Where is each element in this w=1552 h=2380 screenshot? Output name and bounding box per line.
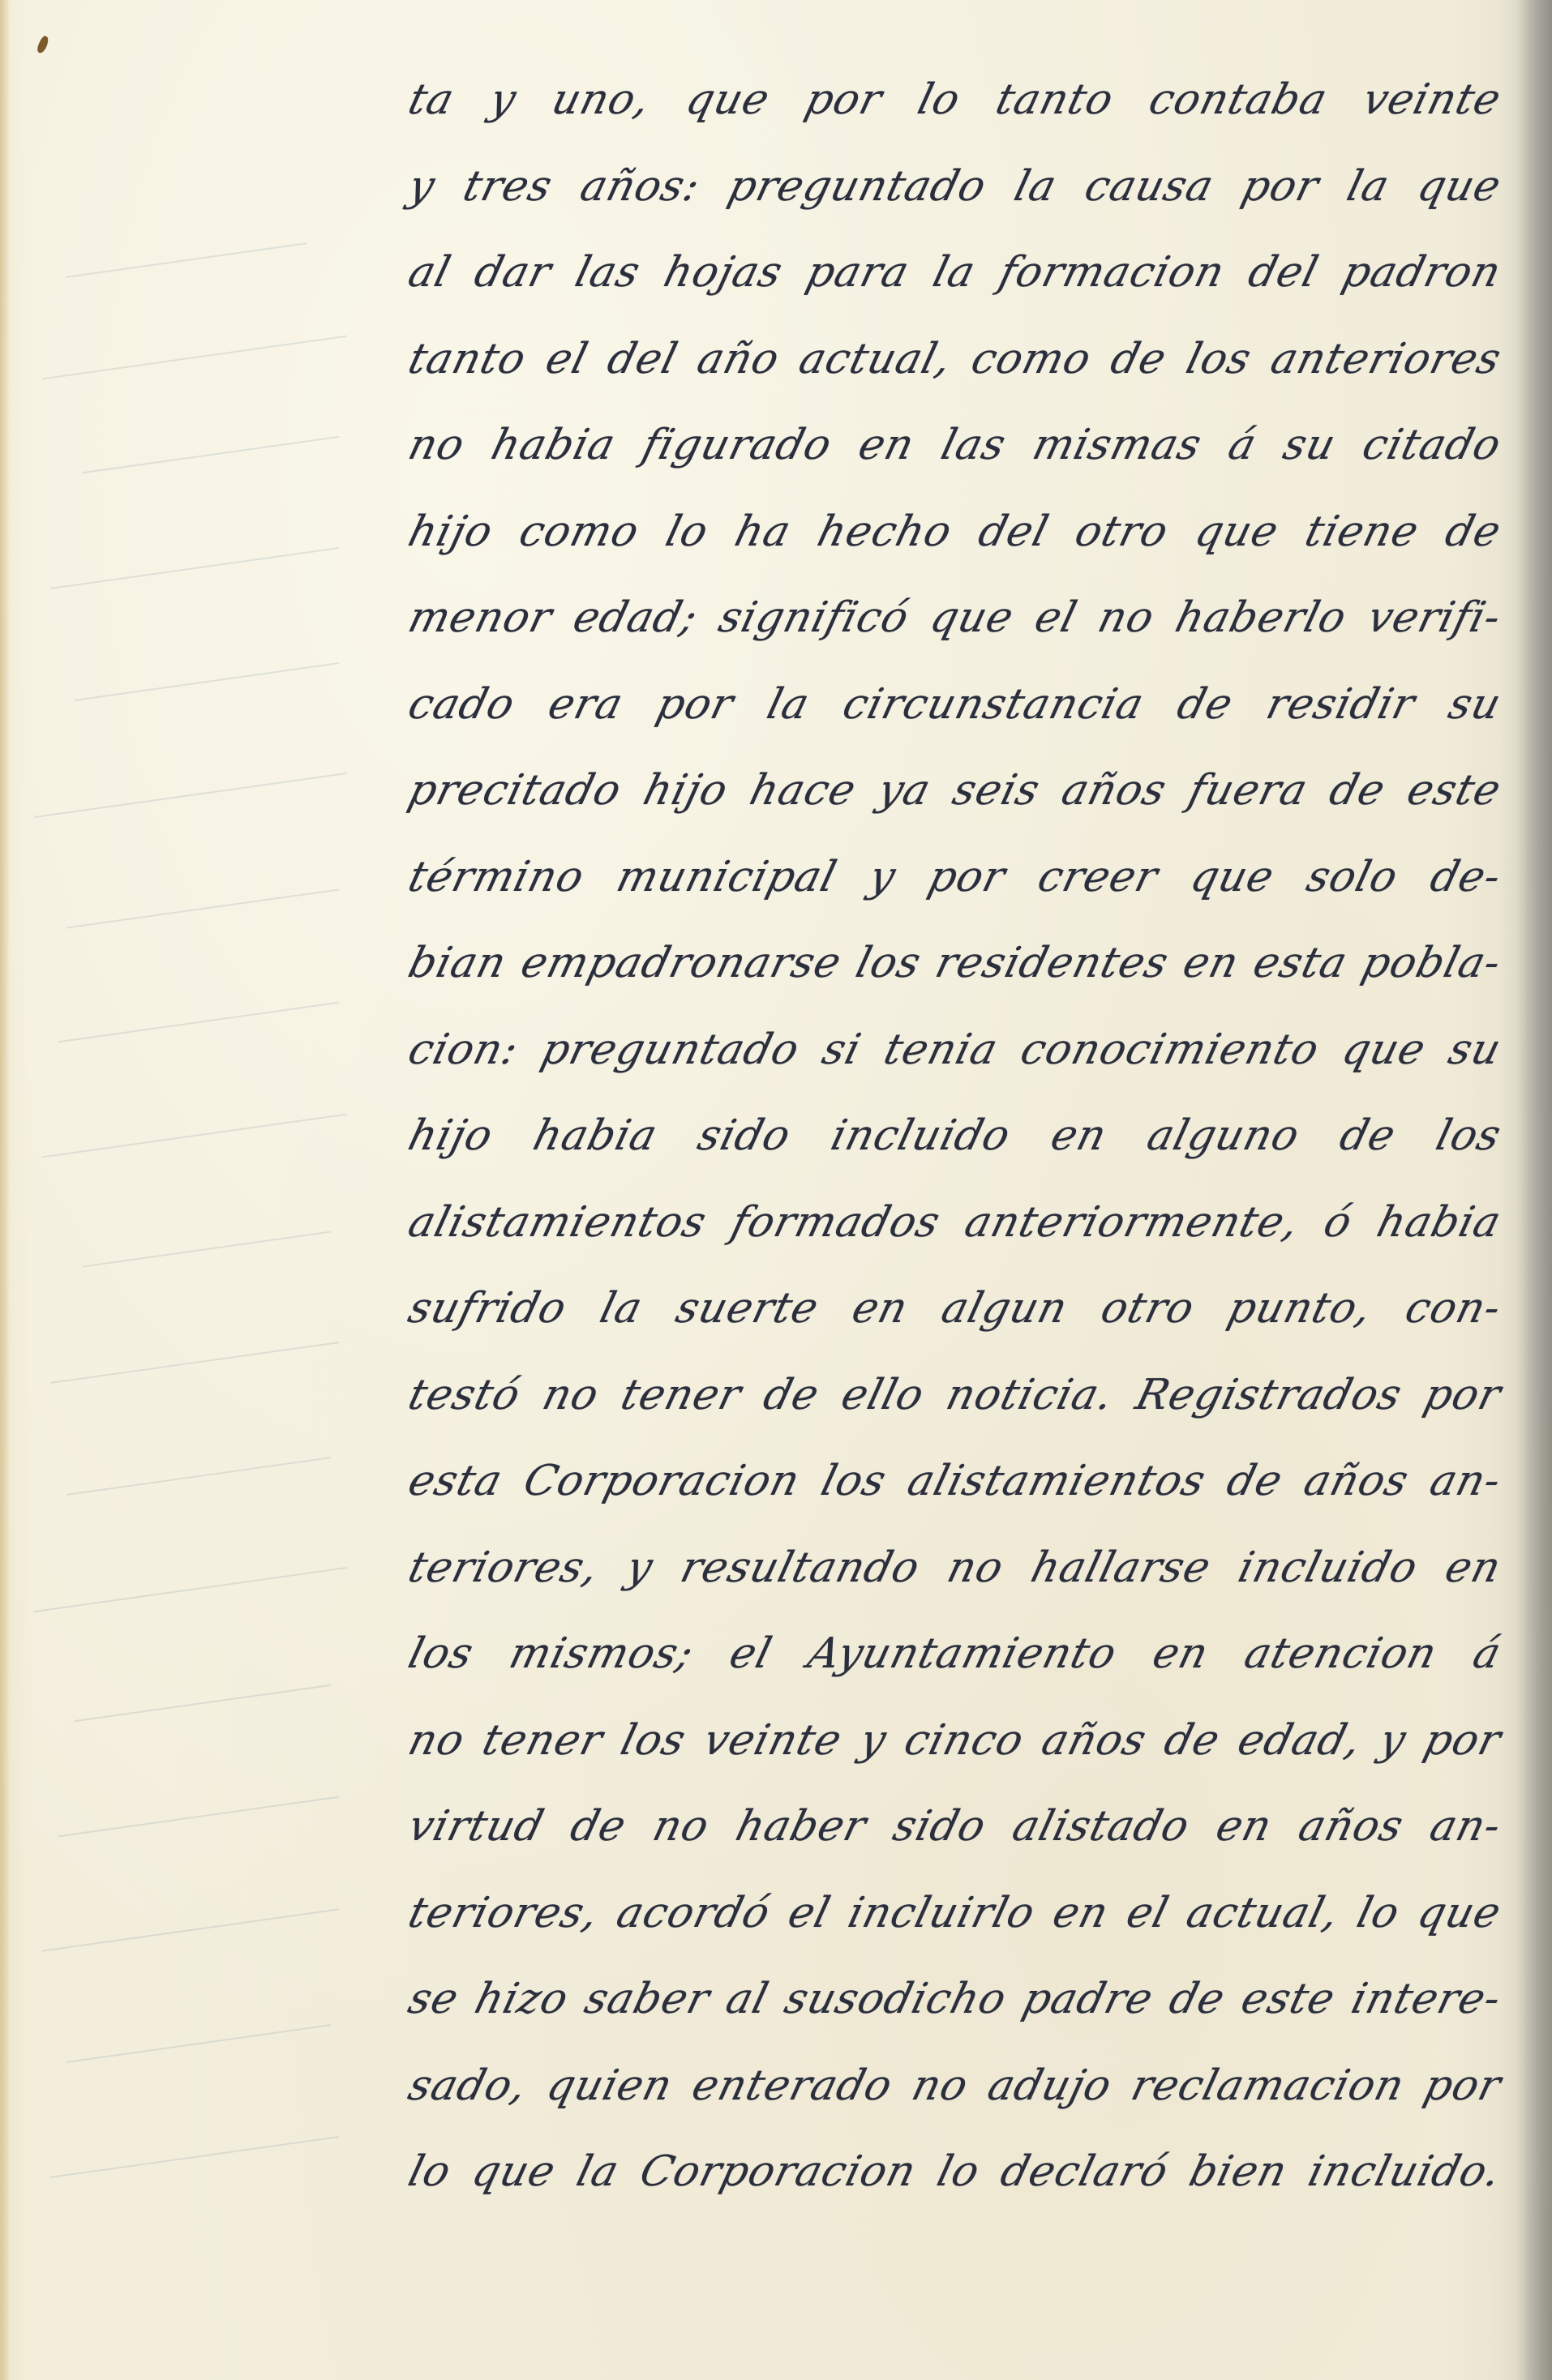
text-line: alistamientos formados anteriormente, ó … xyxy=(399,1179,1511,1266)
text-line: cion: preguntado si tenia conocimiento q… xyxy=(399,1007,1511,1094)
text-line: no habia figurado en las mismas á su cit… xyxy=(399,402,1511,489)
page-left-edge xyxy=(0,0,10,2380)
bleed-through-text xyxy=(32,49,373,2318)
text-line: teriores, acordó el incluirlo en el actu… xyxy=(399,1870,1511,1957)
text-line: lo que la Corporacion lo declaró bien in… xyxy=(399,2129,1511,2215)
text-line: tanto el del año actual, como de los ant… xyxy=(399,316,1511,403)
manuscript-page: ta y uno, que por lo tanto contaba veint… xyxy=(0,0,1552,2380)
text-line: ta y uno, que por lo tanto contaba veint… xyxy=(399,57,1511,143)
manuscript-text: ta y uno, que por lo tanto contaba veint… xyxy=(409,57,1500,2215)
text-line: precitado hijo hace ya seis años fuera d… xyxy=(399,747,1511,834)
text-line: sufrido la suerte en algun otro punto, c… xyxy=(399,1265,1511,1352)
text-line: no tener los veinte y cinco años de edad… xyxy=(399,1697,1511,1784)
text-line: virtud de no haber sido alistado en años… xyxy=(399,1783,1511,1870)
text-line: y tres años: preguntado la causa por la … xyxy=(399,143,1511,230)
text-line: bian empadronarse los residentes en esta… xyxy=(399,920,1511,1007)
text-line: hijo como lo ha hecho del otro que tiene… xyxy=(399,489,1511,576)
binding-shadow xyxy=(1516,0,1552,2380)
text-line: testó no tener de ello noticia. Registra… xyxy=(399,1352,1511,1439)
text-line: los mismos; el Ayuntamiento en atencion … xyxy=(399,1611,1511,1697)
text-line: término municipal y por creer que solo d… xyxy=(399,834,1511,921)
text-line: sado, quien enterado no adujo reclamacio… xyxy=(399,2043,1511,2130)
ink-stain xyxy=(36,35,50,54)
text-line: teriores, y resultando no hallarse inclu… xyxy=(399,1525,1511,1612)
text-line: hijo habia sido incluido en alguno de lo… xyxy=(399,1093,1511,1179)
text-line: cado era por la circunstancia de residir… xyxy=(399,661,1511,748)
text-line: al dar las hojas para la formacion del p… xyxy=(399,229,1511,316)
text-line: esta Corporacion los alistamientos de añ… xyxy=(399,1438,1511,1525)
text-line: menor edad; significó que el no haberlo … xyxy=(399,575,1511,661)
text-line: se hizo saber al susodicho padre de este… xyxy=(399,1956,1511,2043)
